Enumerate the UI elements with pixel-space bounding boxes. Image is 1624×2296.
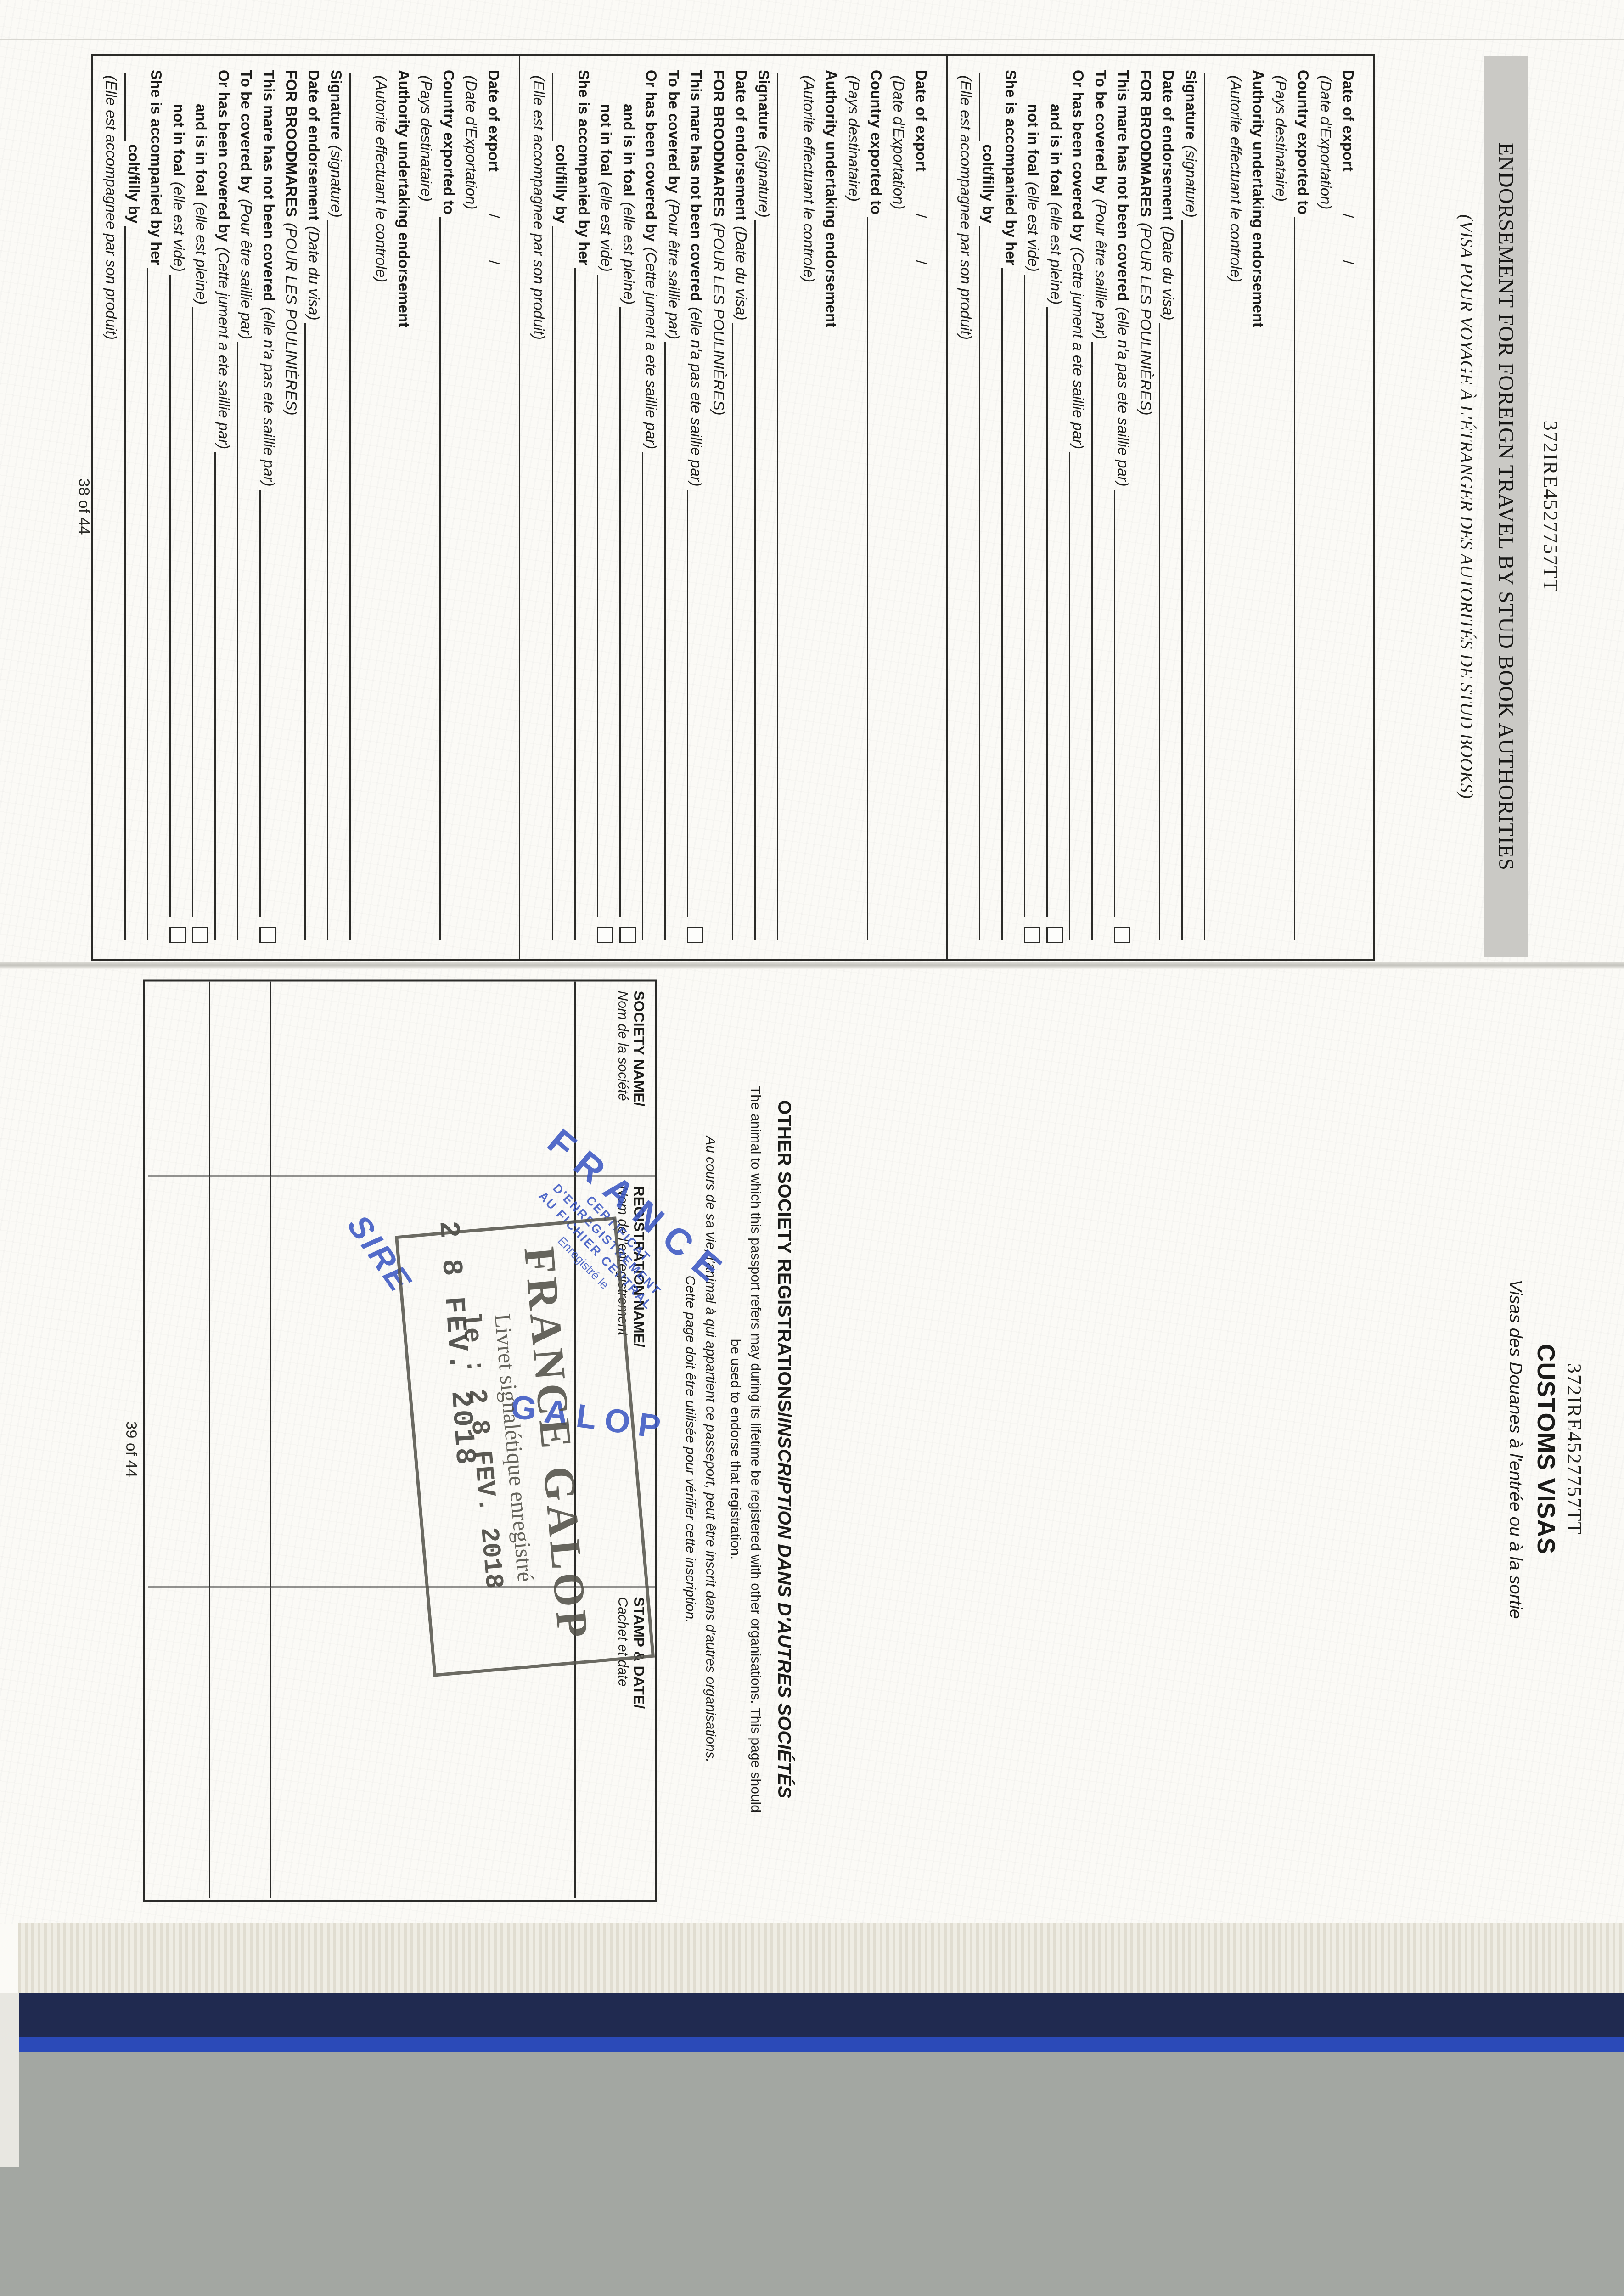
endorsement-form-box: Date of export / / (Date d'Exportation) … — [91, 54, 1375, 961]
field-date-of-export-fr: (Date d'Exportation) — [889, 70, 912, 943]
field-and-is-in-foal: and is in foal(elle est pleine) — [619, 70, 642, 943]
passport-number: 372IRE4527757TT — [1562, 973, 1586, 1925]
field-date-of-endorsement: Date of endorsement(Date du visa) — [732, 70, 754, 943]
page-gutter-shadow — [0, 962, 1624, 969]
field-authority-endorsement: Authority undertaking endorsement — [1249, 70, 1271, 943]
field-authority-blank-line — [1204, 70, 1226, 943]
field-country-exported-to-fr: (Pays destinataire) — [417, 70, 439, 943]
other-society-registrations-header: OTHER SOCIETY REGISTRATIONS/INSCRIPTION … — [774, 973, 795, 1925]
page-39: 372IRE4527757TT CUSTOMS VISAS Visas des … — [73, 973, 1593, 1925]
field-accompanied-fr: (Elle est accompagnee par son produit) — [529, 70, 552, 943]
field-mare-not-covered: This mare has not been covered(elle n'a … — [259, 70, 282, 943]
checkbox-in-foal — [619, 927, 636, 943]
field-or-has-been-covered-by: Or has been covered by(Cette jument a et… — [642, 70, 664, 943]
field-or-has-been-covered-by: Or has been covered by(Cette jument a et… — [1069, 70, 1091, 943]
endorsement-block-3: Date of export / / (Date d'Exportation) … — [93, 56, 519, 959]
endorsement-title: ENDORSEMENT FOR FOREIGN TRAVEL BY STUD B… — [1494, 142, 1518, 871]
field-date-of-endorsement: Date of endorsement(Date du visa) — [304, 70, 327, 943]
checkbox-not-covered — [259, 927, 276, 943]
field-authority-endorsement: Authority undertaking endorsement — [394, 70, 417, 943]
field-and-is-in-foal: and is in foal(elle est pleine) — [1046, 70, 1069, 943]
field-mare-not-covered: This mare has not been covered(elle n'a … — [687, 70, 709, 943]
field-accompanied-by-her: She is accompanied by her — [1001, 70, 1024, 943]
field-country-exported-to-fr: (Pays destinataire) — [1271, 70, 1294, 943]
field-for-broodmares: FOR BROODMARES(POUR LES POULINIÈRES) — [282, 70, 304, 943]
passport-number: 372IRE4527757TT — [1539, 40, 1562, 973]
booklet-page-edges — [18, 1923, 1624, 1993]
osr-paragraph-en-2: be used to endorse that registration. — [727, 973, 743, 1925]
osr-paragraph-en-1: The animal to which this passport refers… — [747, 973, 763, 1925]
page-top-edge-shadow — [0, 39, 1624, 40]
osr-header-en: OTHER SOCIETY REGISTRATIONS/ — [774, 1100, 795, 1417]
field-not-in-foal: not in foal(elle est vide) — [1024, 70, 1046, 943]
field-signature: Signature(signature) — [327, 70, 349, 943]
table-row3-registration — [148, 1176, 209, 1587]
checkbox-not-covered — [687, 927, 703, 943]
field-authority-endorsement-fr: (Autorite effectuant le controle) — [1226, 70, 1249, 943]
field-accompanied-fr: (Elle est accompagnee par son produit) — [956, 70, 979, 943]
scanner-background — [0, 2052, 1624, 2296]
field-to-be-covered-by: To be covered by(Pour être saillie par) — [664, 70, 687, 943]
field-date-of-export: Date of export / / — [912, 70, 934, 943]
endorsement-subtitle: (VISA POUR VOYAGE À L'ÉTRANGER DES AUTOR… — [1456, 40, 1478, 973]
field-country-exported-to: Country exported to — [867, 70, 889, 943]
field-colt-filly-by: colt/filly by — [552, 70, 574, 943]
field-accompanied-by-her: She is accompanied by her — [574, 70, 597, 943]
field-date-of-export: Date of export / / — [1339, 70, 1361, 943]
field-date-of-export-fr: (Date d'Exportation) — [1316, 70, 1339, 943]
livret-signaletique-box-stamp: FRANCE GALOP Livret signalétique enregis… — [395, 1216, 655, 1677]
field-accompanied-by-her: She is accompanied by her — [147, 70, 169, 943]
table-row3-society — [148, 981, 209, 1176]
customs-visas-subtitle: Visas des Douanes à l'entrée ou à la sor… — [1505, 973, 1525, 1925]
field-date-of-export: Date of export / / — [484, 70, 507, 943]
booklet-cover-navy-edge — [16, 1993, 1624, 2037]
field-country-exported-to-fr: (Pays destinataire) — [844, 70, 867, 943]
table-row3-stamp — [148, 1587, 209, 1898]
field-for-broodmares: FOR BROODMARES(POUR LES POULINIÈRES) — [709, 70, 732, 943]
field-to-be-covered-by: To be covered by(Pour être saillie par) — [237, 70, 259, 943]
field-country-exported-to: Country exported to — [1294, 70, 1316, 943]
field-mare-not-covered: This mare has not been covered(elle n'a … — [1114, 70, 1136, 943]
table-row2-society — [209, 981, 270, 1176]
checkbox-in-foal — [192, 927, 208, 943]
field-colt-filly-by: colt/filly by — [979, 70, 1001, 943]
booklet-cover-blue-stripe — [14, 2037, 1624, 2052]
page-number-38: 38 of 44 — [75, 40, 93, 973]
field-signature: Signature(signature) — [754, 70, 777, 943]
field-date-of-endorsement: Date of endorsement(Date du visa) — [1159, 70, 1181, 943]
endorsement-block-2: Date of export / / (Date d'Exportation) … — [519, 56, 946, 959]
field-signature: Signature(signature) — [1181, 70, 1204, 943]
checkbox-not-in-foal — [1024, 927, 1040, 943]
field-country-exported-to: Country exported to — [439, 70, 462, 943]
field-colt-filly-by: colt/filly by — [124, 70, 147, 943]
booklet-corner-highlight — [0, 1993, 19, 2167]
endorsement-title-band: ENDORSEMENT FOR FOREIGN TRAVEL BY STUD B… — [1484, 56, 1528, 957]
customs-visas-title: CUSTOMS VISAS — [1532, 973, 1560, 1925]
page-number-39: 39 of 44 — [122, 973, 140, 1925]
field-authority-endorsement: Authority undertaking endorsement — [822, 70, 844, 943]
checkbox-not-in-foal — [169, 927, 186, 943]
osr-paragraph-fr-1: Au cours de sa vie, l'animal à qui appar… — [702, 973, 718, 1925]
field-not-in-foal: not in foal(elle est vide) — [597, 70, 619, 943]
table-row2-registration — [209, 1176, 270, 1587]
page-38: 372IRE4527757TT ENDORSEMENT FOR FOREIGN … — [73, 40, 1579, 973]
field-and-is-in-foal: and is in foal(elle est pleine) — [192, 70, 214, 943]
field-authority-endorsement-fr: (Autorite effectuant le controle) — [372, 70, 394, 943]
osr-header-fr: INSCRIPTION DANS D'AUTRES SOCIÉTÉS — [774, 1417, 795, 1798]
field-authority-endorsement-fr: (Autorite effectuant le controle) — [799, 70, 822, 943]
field-date-of-export-fr: (Date d'Exportation) — [462, 70, 484, 943]
checkbox-not-in-foal — [597, 927, 613, 943]
field-accompanied-fr: (Elle est accompagnee par son produit) — [102, 70, 124, 943]
checkbox-not-covered — [1114, 927, 1130, 943]
field-for-broodmares: FOR BROODMARES(POUR LES POULINIÈRES) — [1136, 70, 1159, 943]
field-authority-blank-line — [777, 70, 799, 943]
field-not-in-foal: not in foal(elle est vide) — [169, 70, 192, 943]
checkbox-in-foal — [1046, 927, 1063, 943]
field-or-has-been-covered-by: Or has been covered by(Cette jument a et… — [214, 70, 237, 943]
endorsement-block-1: Date of export / / (Date d'Exportation) … — [946, 56, 1373, 959]
field-authority-blank-line — [349, 70, 372, 943]
osr-paragraph-fr-2: Cette page doit être utilisée pour vérif… — [682, 973, 698, 1925]
field-to-be-covered-by: To be covered by(Pour être saillie par) — [1091, 70, 1114, 943]
table-row2-stamp — [209, 1587, 270, 1898]
